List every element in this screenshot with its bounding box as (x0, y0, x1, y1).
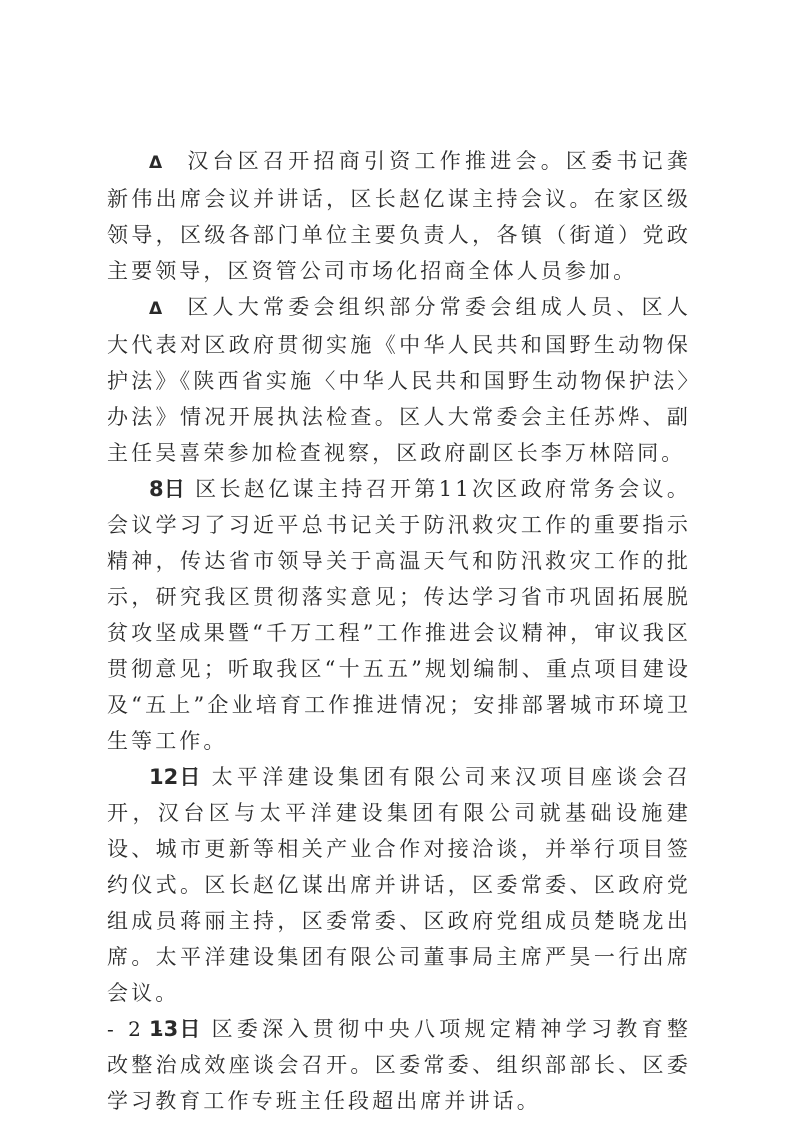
page-number: - 2 - (107, 1017, 166, 1041)
date-label: 8日 (149, 477, 185, 501)
date-label: 12日 (149, 765, 202, 789)
paragraph-text: 区人大常委会组织部分常委会组成人员、区人大代表对区政府贯彻实施《中华人民共和国野… (107, 295, 691, 465)
paragraph-day-13: 13日区委深入贯彻中央八项规定精神学习教育整改整治成效座谈会召开。区委常委、组织… (107, 1011, 691, 1119)
triangle-bullet-icon: Δ (149, 299, 162, 319)
paragraph-law-inspection: Δ区人大常委会组织部分常委会组成人员、区人大代表对区政府贯彻实施《中华人民共和国… (107, 289, 691, 471)
paragraph-day-8: 8日区长赵亿谋主持召开第11次区政府常务会议。会议学习了习近平总书记关于防汛救灾… (107, 471, 691, 759)
paragraph-text: 汉台区召开招商引资工作推进会。区委书记龚新伟出席会议并讲话，区长赵亿谋主持会议。… (107, 149, 691, 283)
paragraph-text: 区长赵亿谋主持召开第11次区政府常务会议。会议学习了习近平总书记关于防汛救灾工作… (107, 477, 691, 753)
paragraph-day-12: 12日太平洋建设集团有限公司来汉项目座谈会召开，汉台区与太平洋建设集团有限公司就… (107, 759, 691, 1011)
triangle-bullet-icon: Δ (149, 153, 162, 173)
paragraph-text: 太平洋建设集团有限公司来汉项目座谈会召开，汉台区与太平洋建设集团有限公司就基础设… (107, 765, 691, 1005)
paragraph-investment-meeting: Δ汉台区召开招商引资工作推进会。区委书记龚新伟出席会议并讲话，区长赵亿谋主持会议… (107, 143, 691, 289)
document-body: Δ汉台区召开招商引资工作推进会。区委书记龚新伟出席会议并讲话，区长赵亿谋主持会议… (107, 143, 691, 1119)
